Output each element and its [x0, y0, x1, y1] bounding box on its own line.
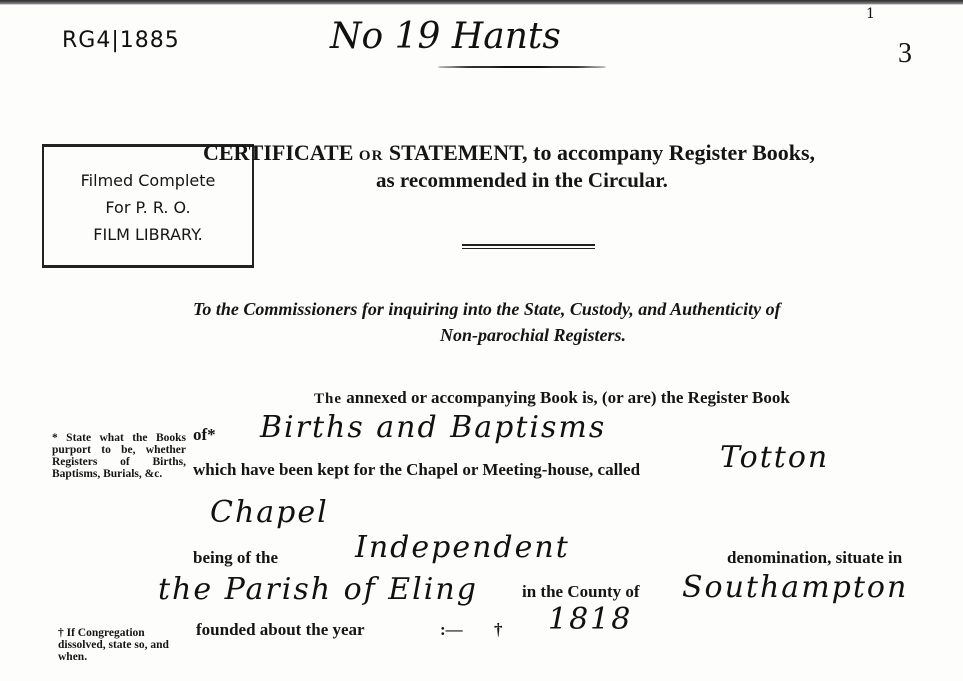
- being-label: being of the: [193, 548, 278, 568]
- founded-separator: :—: [440, 620, 463, 640]
- founded-label: founded about the year: [196, 620, 365, 640]
- margin-note-register-type: * State what the Books purport to be, wh…: [52, 432, 186, 480]
- county-entry: Southampton: [682, 570, 908, 605]
- parish-entry: the Parish of Eling: [158, 572, 478, 607]
- stamp-line-1: Filmed Complete: [44, 167, 252, 194]
- header-underline: [438, 66, 606, 68]
- document-subtitle: as recommended in the Circular.: [376, 168, 668, 193]
- chapel-name-entry: Totton: [720, 440, 829, 475]
- title-certificate: CERTIFICATE: [203, 140, 353, 165]
- stamp-line-3: FILM LIBRARY.: [44, 221, 252, 248]
- kept-label: which have been kept for the Chapel or M…: [193, 460, 640, 480]
- title-statement: STATEMENT, to accompany Register Books,: [389, 140, 815, 165]
- denomination-entry: Independent: [355, 530, 570, 565]
- page-number: 3: [898, 38, 912, 70]
- corner-mark: 1: [866, 6, 875, 22]
- document-title: CERTIFICATE OR STATEMENT, to accompany R…: [203, 140, 815, 166]
- margin-note-dissolved: † If Congregation dissolved, state so, a…: [58, 627, 186, 663]
- dagger-mark: †: [494, 620, 503, 640]
- intro-line: The annexed or accompanying Book is, (or…: [314, 388, 790, 408]
- archive-reference: RG4|1885: [62, 28, 180, 53]
- of-label: of*: [193, 425, 216, 445]
- county-label: in the County of: [522, 582, 640, 602]
- stamp-line-2: For P. R. O.: [44, 194, 252, 221]
- address-line-1: To the Commissioners for inquiring into …: [193, 299, 781, 320]
- denomination-label: denomination, situate in: [727, 548, 902, 568]
- handwritten-header: No 19 Hants: [330, 16, 561, 57]
- address-line-2: Non-parochial Registers.: [440, 325, 626, 346]
- intro-rest: annexed or accompanying Book is, (or are…: [346, 388, 790, 407]
- chapel-word-entry: Chapel: [210, 495, 329, 530]
- title-divider: [462, 244, 595, 249]
- intro-the: The: [314, 391, 342, 407]
- title-or: OR: [359, 148, 384, 164]
- register-type-entry: Births and Baptisms: [260, 410, 606, 445]
- scan-top-edge: [0, 0, 963, 5]
- year-founded-entry: 1818: [548, 602, 632, 637]
